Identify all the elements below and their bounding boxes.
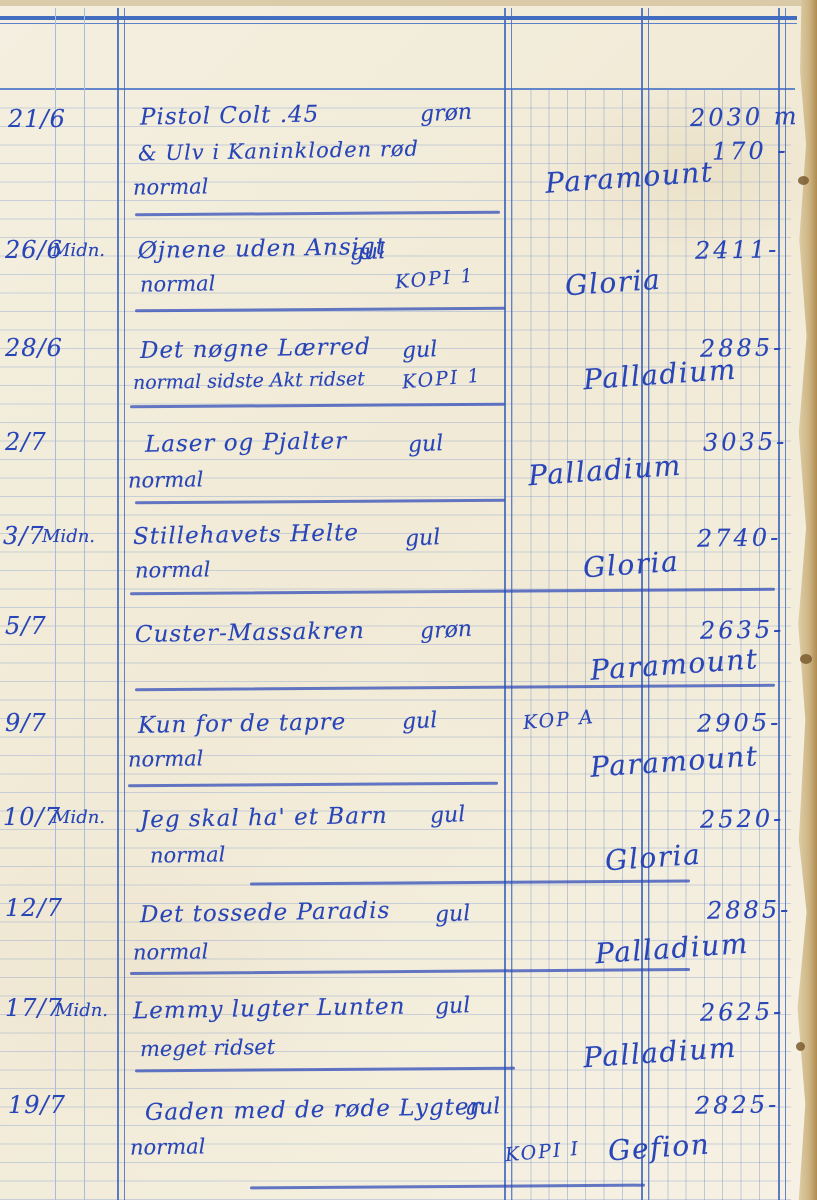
entry-line2: & Ulv i Kaninkloden rød xyxy=(138,137,419,166)
entry-condition: normal xyxy=(133,174,209,199)
entry-amount: 2030 m xyxy=(690,102,800,132)
entry-title: Det nøgne Lærred xyxy=(140,334,371,364)
entry-color-code: gul xyxy=(464,1094,501,1121)
entry-underline xyxy=(135,307,505,313)
entry-underline xyxy=(130,968,690,975)
ledger-entry: 2/7 Laser og Pjalter gul normal Palladiu… xyxy=(0,424,817,518)
entry-underline xyxy=(135,684,775,691)
entry-condition: normal xyxy=(133,939,209,964)
entry-line2: normal sidste Akt ridset xyxy=(133,368,365,394)
entry-copy-note: KOPI 1 xyxy=(394,265,475,294)
entry-distributor: Palladium xyxy=(527,449,683,493)
paper-top-edge xyxy=(0,0,817,6)
entry-date: 9/7 xyxy=(5,709,47,737)
entry-margin-note: Midn. xyxy=(52,240,105,261)
entry-amount: 3035- xyxy=(703,427,788,456)
entry-condition: normal xyxy=(140,271,216,296)
entry-date: 19/7 xyxy=(8,1091,66,1119)
entry-condition: normal xyxy=(128,746,204,771)
entry-date: 5/7 xyxy=(5,612,47,640)
entry-margin-note: Midn. xyxy=(52,807,105,828)
ledger-entry: 5/7 Custer-Massakren grøn Paramount 2635… xyxy=(0,612,817,703)
entry-amount: 2885- xyxy=(707,895,792,924)
entry-color-code: gul xyxy=(401,708,438,735)
entry-underline xyxy=(130,588,775,596)
entry-amount: 2905- xyxy=(697,708,782,737)
entry-date: 28/6 xyxy=(5,334,63,362)
entry-color-code: gul xyxy=(407,431,444,458)
entry-margin-note: Midn. xyxy=(55,1000,108,1021)
entry-color-code: gul xyxy=(429,802,466,829)
entry-distributor: Gloria xyxy=(564,263,662,303)
entry-title: Pistol Colt .45 xyxy=(140,101,320,130)
entry-amount: 2520- xyxy=(700,804,785,833)
entry-condition: meget ridset xyxy=(140,1035,276,1061)
entry-color-code: gul xyxy=(434,901,471,928)
entry-amount: 2740- xyxy=(697,523,782,552)
entry-underline xyxy=(130,403,505,409)
entry-title: Det tossede Paradis xyxy=(140,898,391,928)
entry-color-code: gul xyxy=(401,337,438,364)
entry-date: 3/7 xyxy=(3,522,45,550)
entry-margin-note: Midn. xyxy=(42,526,95,547)
ledger-entry: 21/6 Pistol Colt .45 grøn & Ulv i Kanink… xyxy=(0,95,817,232)
entry-amount: 2885- xyxy=(700,333,785,362)
ledger-entry: 12/7 Det tossede Paradis gul normal Pall… xyxy=(0,892,817,986)
entry-distributor: Paramount xyxy=(589,642,759,687)
entry-distributor: Paramount xyxy=(544,155,714,200)
entry-amount: 2825- xyxy=(695,1090,780,1119)
entry-distributor: Palladium xyxy=(582,1031,738,1075)
entry-copy-note: KOPI I xyxy=(504,1138,581,1166)
entry-underline xyxy=(250,879,690,885)
entry-date: 21/6 xyxy=(8,105,66,133)
entry-title: Jeg skal ha' et Barn xyxy=(140,803,388,833)
ledger-entry: 19/7 Gaden med de røde Lygter gul normal… xyxy=(0,1083,817,1200)
entry-distributor: Gloria xyxy=(604,838,702,878)
ledger-entry: 17/7 Midn. Lemmy lugter Lunten gul meget… xyxy=(0,986,817,1083)
ledger-page: 21/6 Pistol Colt .45 grøn & Ulv i Kanink… xyxy=(0,0,817,1200)
entry-underline xyxy=(135,499,505,505)
entry-condition: normal xyxy=(130,1134,206,1159)
entry-underline xyxy=(135,1067,515,1073)
entry-underline xyxy=(250,1184,645,1190)
entry-amount2: 170 - xyxy=(712,136,789,165)
entry-title: Stillehavets Helte xyxy=(133,520,359,550)
entry-amount: 2625- xyxy=(700,997,785,1026)
entry-date: 2/7 xyxy=(5,428,47,456)
entry-condition: normal xyxy=(150,842,226,867)
entry-color-code: grøn xyxy=(419,617,472,645)
ledger-entry: 28/6 Det nøgne Lærred gul normal sidste … xyxy=(0,330,817,424)
entry-distributor: Palladium xyxy=(594,927,750,971)
entry-condition: normal xyxy=(128,467,204,492)
ledger-entry: 26/6 Midn. Øjnene uden Ansigt gul normal… xyxy=(0,232,817,330)
entry-title: Gaden med de røde Lygter xyxy=(145,1094,482,1126)
ledger-entry: 10/7 Midn. Jeg skal ha' et Barn gul norm… xyxy=(0,797,817,892)
entry-color-code: gul xyxy=(434,993,471,1020)
entry-color-code: grøn xyxy=(419,100,472,128)
entry-distributor: Gloria xyxy=(582,545,680,585)
entry-color-code: gul xyxy=(404,525,441,552)
entry-amount: 2411- xyxy=(695,235,780,264)
ledger-entry: 3/7 Midn. Stillehavets Helte gul normal … xyxy=(0,518,817,612)
entry-distributor: Gefion xyxy=(607,1127,711,1167)
entry-distributor: Paramount xyxy=(589,739,759,784)
entry-date: 12/7 xyxy=(5,894,63,922)
entry-title: Lemmy lugter Lunten xyxy=(133,994,406,1025)
entry-title: Laser og Pjalter xyxy=(145,428,348,458)
ledger-entry: 9/7 Kun for de tapre gul KOP A normal Pa… xyxy=(0,703,817,797)
entry-underline xyxy=(135,211,500,217)
entry-condition: normal xyxy=(135,557,211,582)
entry-title: Custer-Massakren xyxy=(135,618,365,648)
entry-amount: 2635- xyxy=(700,615,785,644)
entry-color-code: gul xyxy=(349,239,386,266)
entry-underline xyxy=(128,782,498,788)
entry-copy-note: KOPI 1 xyxy=(401,365,482,394)
entry-title: Kun for de tapre xyxy=(138,709,347,739)
entry-copy-note: KOP A xyxy=(522,706,595,734)
